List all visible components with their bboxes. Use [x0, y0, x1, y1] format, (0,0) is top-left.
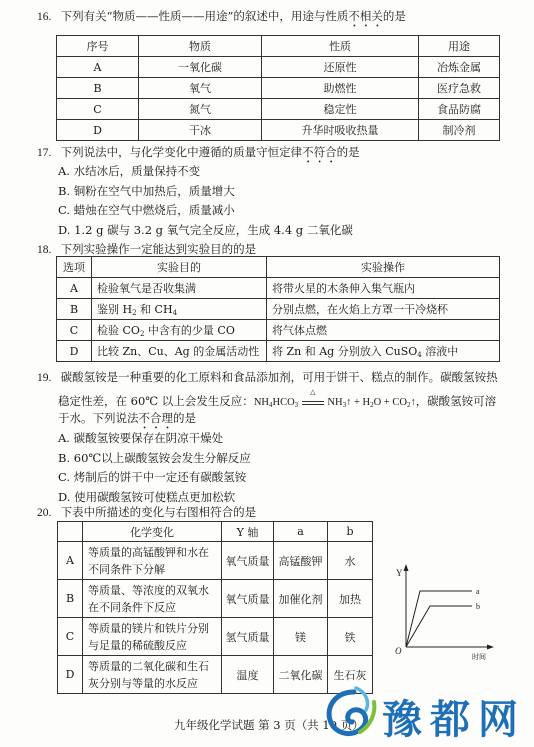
origin-label: O [395, 646, 402, 656]
cell: 加热 [328, 580, 373, 618]
header-cell: b [328, 522, 373, 542]
header-cell: 序号 [57, 36, 139, 57]
cell: 将 Zn 和 Ag 分别放入 CuSO4 溶液中 [267, 341, 500, 362]
question-19-stem-line2: 稳定性差，在 60℃ 以上会发生反应：NH4HCO3 △ NH3↑ + H2O … [58, 393, 496, 409]
cell: 升华时吸收热量 [262, 120, 419, 141]
cell: 温度 [222, 656, 274, 694]
chemical-equation: NH4HCO3 △ NH3↑ + H2O + CO2↑ [254, 397, 416, 408]
y-axis-label: Y [396, 568, 403, 578]
emphasized-text: 不合理 [139, 411, 174, 425]
stem-text: 下列有关“物质——性质——用途”的叙述中，用途与性质 [61, 9, 349, 23]
cell: 将气体点燃 [267, 320, 500, 341]
question-19-stem-line3: 于水。下列说法不合理的是 [58, 410, 196, 432]
q20-table: 化学变化 Y 轴 a b A 等质量的高锰酸钾和水在不同条件下分解 氧气质量 高… [57, 521, 373, 694]
cell: 冶炼金属 [419, 57, 500, 78]
table-row: C 检验 CO2 中含有的少量 CO 将气体点燃 [57, 320, 500, 341]
cell: 氧气 [139, 78, 262, 99]
stem-text: 下列说法中，与化学变化中遵循的质量守恒定律 [61, 145, 303, 159]
cell: 等质量的高锰酸钾和水在不同条件下分解 [83, 542, 222, 580]
question-number: 18. [37, 244, 57, 256]
cell: 检验氧气是否收集满 [92, 278, 267, 299]
header-cell: 用途 [419, 36, 500, 57]
question-20-stem: 20. 下表中所描述的变化与右图相符合的是 [37, 504, 256, 520]
q16-table: 序号 物质 性质 用途 A 一氧化碳 还原性 冶炼金属 B 氧气 助燃性 医疗急… [56, 35, 500, 141]
cell: B [57, 78, 139, 99]
option-c: C. 烤制后的饼干中一定还有碳酸氢铵 [58, 469, 246, 485]
cell: 将带火星的木条伸入集气瓶内 [267, 278, 500, 299]
emphasized-text: 不符合 [302, 145, 337, 159]
header-cell: a [274, 522, 328, 542]
cell: 铁 [328, 618, 373, 656]
table-row: C 等质量的镁片和铁片分别与足量的稀硫酸反应 氢气质量 镁 铁 [58, 618, 373, 656]
line-b [406, 606, 472, 647]
emphasized-text: 不相关 [348, 9, 383, 23]
table-row: A 检验氧气是否收集满 将带火星的木条伸入集气瓶内 [57, 278, 500, 299]
option-a: A. 碳酸氢铵要保存在阴凉干燥处 [58, 430, 223, 446]
cell: D [57, 120, 139, 141]
stem-text: 的是 [337, 145, 360, 159]
cell: A [58, 542, 83, 580]
cell: A [57, 57, 139, 78]
header-cell: 实验目的 [92, 257, 267, 278]
line-b-label: b [476, 602, 480, 611]
watermark-text: 豫都网 [382, 688, 526, 745]
header-cell: 选项 [57, 257, 92, 278]
stem-text: ，碳酸氢铵可溶 [416, 394, 497, 408]
q18-table: 选项 实验目的 实验操作 A 检验氧气是否收集满 将带火星的木条伸入集气瓶内 B… [56, 256, 500, 362]
q20-line-graph: Y O a b 时间 [390, 560, 500, 660]
table-row: D 干冰 升华时吸收热量 制冷剂 [57, 120, 500, 141]
cell: 医疗急救 [419, 78, 500, 99]
cell: A [57, 278, 92, 299]
watermark-logo-icon [322, 684, 384, 744]
stem-text: 下列实验操作一定能达到实验目的的是 [61, 242, 257, 256]
cell: 助燃性 [262, 78, 419, 99]
cell: 氢气质量 [222, 618, 274, 656]
cell: 比较 Zn、Cu、Ag 的金属活动性 [92, 341, 267, 362]
table-row: A 等质量的高锰酸钾和水在不同条件下分解 氧气质量 高锰酸钾 水 [58, 542, 373, 580]
cell: 食品防腐 [419, 99, 500, 120]
stem-text: 下表中所描述的变化与右图相符合的是 [61, 505, 257, 519]
table-row: D 比较 Zn、Cu、Ag 的金属活动性 将 Zn 和 Ag 分别放入 CuSO… [57, 341, 500, 362]
table-row: B 等质量、等浓度的双氧水在不同条件下反应 氧气质量 加催化剂 加热 [58, 580, 373, 618]
line-a-label: a [476, 587, 480, 596]
cell: D [58, 656, 83, 694]
table-row: C 氮气 稳定性 食品防腐 [57, 99, 500, 120]
option-c: C. 蜡烛在空气中燃烧后，质量减小 [58, 202, 235, 218]
question-16-stem: 16. 下列有关“物质——性质——用途”的叙述中，用途与性质不相关的是 [37, 8, 406, 30]
cell: C [57, 99, 139, 120]
question-number: 20. [37, 507, 57, 519]
cell: 氧气质量 [222, 580, 274, 618]
cell: 氧气质量 [222, 542, 274, 580]
question-number: 16. [37, 11, 57, 23]
option-a: A. 水结冰后，质量保持不变 [58, 163, 200, 179]
question-19-stem-line1: 19. 碳酸氢铵是一种重要的化工原料和食品添加剂，可用于饼干、糕点的制作。碳酸氢… [37, 369, 498, 385]
table-row: B 鉴别 H2 和 CH4 分别点燃，在火焰上方罩一干冷烧杯 [57, 299, 500, 320]
cell: D [57, 341, 92, 362]
cell: 加催化剂 [274, 580, 328, 618]
stem-text: 的是 [383, 9, 406, 23]
x-axis-label: 时间 [472, 652, 486, 660]
cell: B [58, 580, 83, 618]
cell: 水 [328, 542, 373, 580]
cell: 稳定性 [262, 99, 419, 120]
cell: 氮气 [139, 99, 262, 120]
option-d: D. 1.2 g 碳与 3.2 g 氧气完全反应，生成 4.4 g 二氧化碳 [58, 222, 353, 238]
table-row: B 氧气 助燃性 医疗急救 [57, 78, 500, 99]
cell: 等质量的镁片和铁片分别与足量的稀硫酸反应 [83, 618, 222, 656]
header-cell: Y 轴 [222, 522, 274, 542]
stem-text: 稳定性差，在 60℃ 以上会发生反应： [58, 394, 254, 408]
cell: 还原性 [262, 57, 419, 78]
cell: 制冷剂 [419, 120, 500, 141]
stem-text: 于水。下列说法 [58, 411, 139, 425]
cell: 分别点燃，在火焰上方罩一干冷烧杯 [267, 299, 500, 320]
header-cell: 化学变化 [83, 522, 222, 542]
table-row: A 一氧化碳 还原性 冶炼金属 [57, 57, 500, 78]
cell: B [57, 299, 92, 320]
header-cell: 物质 [139, 36, 262, 57]
question-18-stem: 18. 下列实验操作一定能达到实验目的的是 [37, 241, 256, 257]
option-b: B. 60℃以上碳酸氢铵会发生分解反应 [58, 450, 251, 466]
cell: C [57, 320, 92, 341]
header-cell: 性质 [262, 36, 419, 57]
cell: 干冰 [139, 120, 262, 141]
cell: 鉴别 H2 和 CH4 [92, 299, 267, 320]
cell: 二氧化碳 [274, 656, 328, 694]
cell: 检验 CO2 中含有的少量 CO [92, 320, 267, 341]
option-d: D. 使用碳酸氢铵可使糕点更加松软 [58, 489, 235, 505]
question-number: 19. [37, 372, 57, 384]
cell: 高锰酸钾 [274, 542, 328, 580]
stem-text: 碳酸氢铵是一种重要的化工原料和食品添加剂，可用于饼干、糕点的制作。碳酸氢铵热 [61, 370, 498, 384]
header-cell: 实验操作 [267, 257, 500, 278]
x-axis-arrow-icon [487, 645, 494, 650]
question-number: 17. [37, 147, 57, 159]
stem-text: 的是 [173, 411, 196, 425]
cell: 等质量、等浓度的双氧水在不同条件下反应 [83, 580, 222, 618]
reaction-condition: △ [301, 397, 325, 408]
cell: 一氧化碳 [139, 57, 262, 78]
header-cell [58, 522, 83, 542]
cell: 镁 [274, 618, 328, 656]
cell: C [58, 618, 83, 656]
line-a [406, 591, 472, 647]
cell: 等质量的二氧化碳和生石灰分别与等量的水反应 [83, 656, 222, 694]
y-axis-arrow-icon [404, 564, 409, 571]
option-b: B. 铜粉在空气中加热后，质量增大 [58, 183, 235, 199]
